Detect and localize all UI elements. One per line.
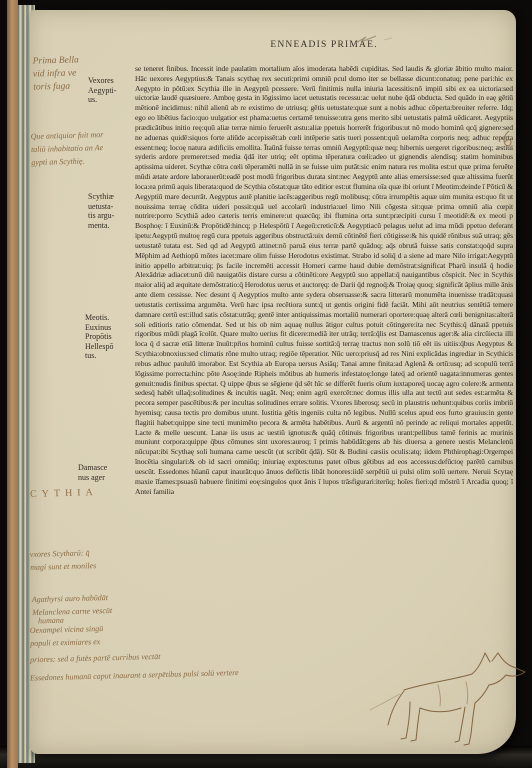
photo-background: ENNEADIS PRIMAE. se teneret finibus. Inc… [0, 0, 532, 768]
hand-note-prima-bella: Prima Bella vid infra ve toris fuga [32, 54, 79, 94]
margin-note-meotis: Meotis. Euxinus Propōtis Hellespō tus. [85, 313, 135, 361]
fore-edge-pen-mark-icon [500, 130, 514, 150]
wolf-sketch-drawing [368, 650, 532, 754]
hand-note-essedones: Essedones humanū caput inaurant a serpēt… [30, 662, 375, 684]
hand-note-scythia: CYTHIA [30, 486, 98, 501]
body-text: se teneret finibus. Incessit inde paulat… [135, 64, 513, 656]
margin-note-damascenus: Damasce nus ager [78, 463, 128, 482]
margin-note-vexores: Vexores Aegypti- us. [88, 76, 138, 105]
hand-note-uxores: vxores Scytharū: q̄ magi sunt et moniles [30, 546, 97, 574]
running-header: ENNEADIS PRIMAE. [135, 40, 513, 50]
hand-note-quae-antiquior: Que antiquior fuit mor taliū inhabitatio… [31, 128, 105, 169]
margin-note-scythiae: Scythiæ uetusta- tis argu- menta. [88, 192, 138, 230]
book-page: ENNEADIS PRIMAE. se teneret finibus. Inc… [30, 10, 516, 754]
pen-check-icon [352, 34, 394, 48]
binding-board [7, 0, 18, 768]
hand-note-exampei: Oexampei vicina singū populi et eximiare… [30, 622, 104, 650]
